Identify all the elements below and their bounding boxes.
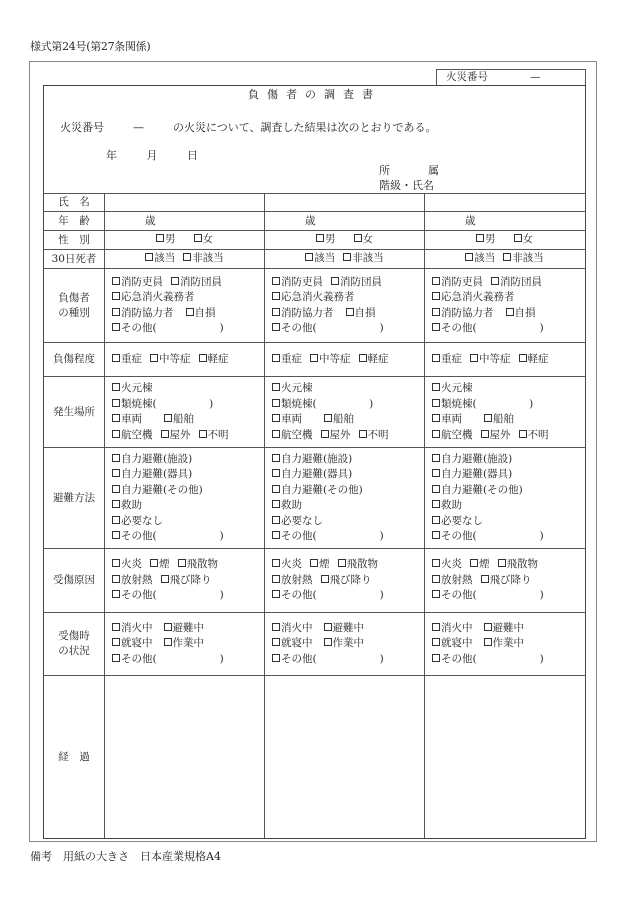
option-line: 救助: [432, 498, 584, 514]
option-label: 消火中: [281, 622, 313, 634]
checkbox-icon[interactable]: [272, 623, 280, 631]
checkbox-applicable[interactable]: 該当: [305, 251, 335, 267]
checkbox-icon[interactable]: [432, 485, 440, 493]
checkbox-situation-option[interactable]: その他( ): [432, 652, 544, 668]
checkbox-evacuation-option[interactable]: 必要なし: [112, 514, 163, 530]
checkbox-icon[interactable]: [331, 277, 339, 285]
checkbox-icon[interactable]: [178, 559, 186, 567]
checkbox-evacuation-option[interactable]: その他( ): [272, 529, 384, 545]
checkbox-icon[interactable]: [112, 500, 120, 508]
checkbox-icon[interactable]: [432, 414, 440, 422]
option-label: 該当: [474, 252, 495, 264]
checkbox-male[interactable]: 男: [476, 232, 496, 248]
checkbox-injured_type-option[interactable]: 自損: [506, 306, 536, 322]
checkbox-location-option[interactable]: 船舶: [164, 412, 194, 428]
checkbox-icon[interactable]: [514, 234, 522, 242]
checkbox-not-applicable[interactable]: 非該当: [503, 251, 544, 267]
checkbox-injured_type-option[interactable]: 消防吏員: [432, 275, 483, 291]
cell-cause-2: 火炎煙飛散物放射熱飛び降りその他( ): [425, 549, 584, 612]
checkbox-evacuation-option[interactable]: 必要なし: [272, 514, 323, 530]
option-line: 消火中避難中: [272, 621, 424, 637]
checkbox-severity[interactable]: 重症: [112, 352, 142, 368]
checkbox-icon[interactable]: [199, 354, 207, 362]
option-line: 放射熱飛び降り: [432, 573, 584, 589]
checkbox-cause-option[interactable]: 煙: [470, 557, 490, 573]
checkbox-situation-option[interactable]: 避難中: [164, 621, 205, 637]
checkbox-icon[interactable]: [432, 531, 440, 539]
checkbox-icon[interactable]: [432, 623, 440, 631]
checkbox-icon[interactable]: [321, 575, 329, 583]
checkbox-severity[interactable]: 重症: [432, 352, 462, 368]
checkbox-evacuation-option[interactable]: 自力避難(その他): [272, 483, 363, 499]
option-label: 女: [363, 233, 374, 245]
checkbox-icon[interactable]: [432, 277, 440, 285]
checkbox-icon[interactable]: [481, 430, 489, 438]
option-label: 女: [203, 233, 214, 245]
checkbox-icon[interactable]: [150, 559, 158, 567]
checkbox-icon[interactable]: [324, 623, 332, 631]
checkbox-icon[interactable]: [432, 469, 440, 477]
checkbox-evacuation-option[interactable]: 自力避難(その他): [112, 483, 203, 499]
checkbox-icon[interactable]: [272, 500, 280, 508]
name-input-2[interactable]: [425, 194, 584, 211]
checkbox-icon[interactable]: [310, 559, 318, 567]
checkbox-icon[interactable]: [481, 575, 489, 583]
checkbox-location-option[interactable]: 船舶: [484, 412, 514, 428]
checkbox-injured_type-option[interactable]: 消防団員: [491, 275, 542, 291]
checkbox-female[interactable]: 女: [354, 232, 374, 248]
checkbox-icon[interactable]: [112, 383, 120, 391]
checkbox-location-option[interactable]: 航空機: [112, 428, 153, 444]
option-label: 該当: [154, 252, 175, 264]
option-label: 自力避難(器具): [121, 468, 192, 480]
checkbox-situation-option[interactable]: 就寝中: [112, 636, 153, 652]
checkbox-male[interactable]: 男: [156, 232, 176, 248]
checkbox-evacuation-option[interactable]: 自力避難(器具): [432, 467, 512, 483]
checkbox-location-option[interactable]: 航空機: [272, 428, 313, 444]
option-line: 消防吏員消防団員: [112, 275, 264, 291]
checkbox-situation-option[interactable]: 避難中: [484, 621, 525, 637]
checkbox-evacuation-option[interactable]: 自力避難(施設): [432, 452, 512, 468]
option-line: 火炎煙飛散物: [112, 557, 264, 573]
checkbox-icon[interactable]: [484, 638, 492, 646]
checkbox-icon[interactable]: [112, 469, 120, 477]
checkbox-icon[interactable]: [272, 575, 280, 583]
age-input-2[interactable]: 歳: [425, 212, 584, 230]
checkbox-applicable[interactable]: 該当: [145, 251, 175, 267]
checkbox-injured_type-option[interactable]: 消防協力者: [272, 306, 334, 322]
option-label: 火炎: [121, 558, 142, 570]
checkbox-icon[interactable]: [346, 308, 354, 316]
checkbox-location-option[interactable]: 類焼棟( ): [432, 397, 533, 413]
checkbox-male[interactable]: 男: [316, 232, 336, 248]
checkbox-icon[interactable]: [272, 354, 280, 362]
checkbox-icon[interactable]: [112, 623, 120, 631]
checkbox-icon[interactable]: [432, 590, 440, 598]
progress-textarea-0[interactable]: [105, 676, 264, 838]
checkbox-icon[interactable]: [316, 234, 324, 242]
checkbox-icon[interactable]: [476, 234, 484, 242]
cell-cause-1: 火炎煙飛散物放射熱飛び降りその他( ): [265, 549, 424, 612]
checkbox-icon[interactable]: [161, 575, 169, 583]
checkbox-location-option[interactable]: 航空機: [432, 428, 473, 444]
checkbox-icon[interactable]: [272, 454, 280, 462]
checkbox-icon[interactable]: [272, 383, 280, 391]
checkbox-icon[interactable]: [359, 354, 367, 362]
checkbox-evacuation-option[interactable]: その他( ): [112, 529, 224, 545]
option-label: 中等症: [479, 353, 511, 365]
checkbox-icon[interactable]: [156, 234, 164, 242]
checkbox-injured_type-option[interactable]: 消防協力者: [112, 306, 174, 322]
checkbox-evacuation-option[interactable]: 救助: [432, 498, 462, 514]
option-label: その他( ): [121, 589, 224, 601]
checkbox-cause-option[interactable]: 火炎: [272, 557, 302, 573]
checkbox-cause-option[interactable]: その他( ): [432, 588, 544, 604]
checkbox-location-option[interactable]: 不明: [519, 428, 549, 444]
checkbox-location-option[interactable]: 不明: [359, 428, 389, 444]
checkbox-icon[interactable]: [432, 383, 440, 391]
checkbox-icon[interactable]: [272, 485, 280, 493]
checkbox-icon[interactable]: [272, 469, 280, 477]
checkbox-situation-option[interactable]: 消火中: [112, 621, 153, 637]
name-input-1[interactable]: [265, 194, 424, 211]
checkbox-icon[interactable]: [432, 308, 440, 316]
checkbox-icon[interactable]: [343, 253, 351, 261]
checkbox-cause-option[interactable]: 飛散物: [338, 557, 379, 573]
option-label: 消防協力者: [281, 307, 334, 319]
checkbox-icon[interactable]: [112, 308, 120, 316]
checkbox-not-applicable[interactable]: 非該当: [183, 251, 224, 267]
checkbox-icon[interactable]: [432, 638, 440, 646]
option-label: 消防協力者: [441, 307, 494, 319]
checkbox-injured_type-option[interactable]: 消防団員: [331, 275, 382, 291]
checkbox-female[interactable]: 女: [194, 232, 214, 248]
checkbox-injured_type-option[interactable]: 消防吏員: [112, 275, 163, 291]
checkbox-icon[interactable]: [272, 531, 280, 539]
checkbox-evacuation-option[interactable]: 自力避難(器具): [112, 467, 192, 483]
checkbox-icon[interactable]: [112, 277, 120, 285]
checkbox-icon[interactable]: [491, 277, 499, 285]
checkbox-evacuation-option[interactable]: 必要なし: [432, 514, 483, 530]
name-input-0[interactable]: [105, 194, 264, 211]
cell-situation-1: 消火中避難中就寝中作業中その他( ): [265, 613, 424, 675]
checkbox-icon[interactable]: [506, 308, 514, 316]
option-label: 船舶: [173, 413, 194, 425]
checkbox-icon[interactable]: [272, 399, 280, 407]
checkbox-icon[interactable]: [112, 323, 120, 331]
checkbox-icon[interactable]: [112, 654, 120, 662]
checkbox-injured_type-option[interactable]: 応急消火義務者: [112, 290, 195, 306]
checkbox-situation-option[interactable]: その他( ): [272, 652, 384, 668]
checkbox-icon[interactable]: [272, 292, 280, 300]
checkbox-cause-option[interactable]: 飛び降り: [481, 573, 532, 589]
label-progress: 経 過: [44, 676, 104, 838]
checkbox-situation-option[interactable]: 作業中: [484, 636, 525, 652]
checkbox-icon[interactable]: [503, 253, 511, 261]
option-label: 火元棟: [281, 382, 313, 394]
checkbox-situation-option[interactable]: 消火中: [272, 621, 313, 637]
option-line: その他( ): [112, 529, 264, 545]
cell-situation-2: 消火中避難中就寝中作業中その他( ): [425, 613, 584, 675]
option-label: 放射熱: [121, 574, 153, 586]
option-label: 応急消火義務者: [281, 291, 355, 303]
checkbox-icon[interactable]: [470, 354, 478, 362]
checkbox-icon[interactable]: [112, 638, 120, 646]
option-label: 不明: [208, 429, 229, 441]
checkbox-evacuation-option[interactable]: 救助: [272, 498, 302, 514]
checkbox-icon[interactable]: [272, 414, 280, 422]
checkbox-icon[interactable]: [272, 559, 280, 567]
checkbox-icon[interactable]: [272, 308, 280, 316]
checkbox-evacuation-option[interactable]: 自力避難(施設): [112, 452, 192, 468]
option-line: 消防協力者自損: [432, 306, 584, 322]
checkbox-icon[interactable]: [498, 559, 506, 567]
checkbox-icon[interactable]: [272, 638, 280, 646]
checkbox-cause-option[interactable]: 放射熱: [432, 573, 473, 589]
option-label: 車両: [441, 413, 462, 425]
checkbox-location-option[interactable]: 屋外: [161, 428, 191, 444]
cell-evacuation-0: 自力避難(施設)自力避難(器具)自力避難(その他)救助必要なしその他( ): [105, 448, 264, 548]
checkbox-severity[interactable]: 重症: [272, 352, 302, 368]
option-label: その他( ): [441, 530, 544, 542]
checkbox-icon[interactable]: [432, 323, 440, 331]
checkbox-situation-option[interactable]: その他( ): [112, 652, 224, 668]
checkbox-icon[interactable]: [324, 414, 332, 422]
checkbox-location-option[interactable]: 車両: [432, 412, 462, 428]
checkbox-icon[interactable]: [112, 575, 120, 583]
option-label: 必要なし: [121, 515, 163, 527]
checkbox-icon[interactable]: [432, 575, 440, 583]
severity-options-1: 重症中等症軽症: [265, 343, 424, 376]
checkbox-location-option[interactable]: 車両: [112, 412, 142, 428]
checkbox-icon[interactable]: [112, 516, 120, 524]
option-line: 火元棟: [112, 381, 264, 397]
option-label: 女: [523, 233, 534, 245]
option-label: 船舶: [333, 413, 354, 425]
option-line: 消火中避難中: [112, 621, 264, 637]
checkbox-icon[interactable]: [432, 354, 440, 362]
checkbox-icon[interactable]: [161, 430, 169, 438]
option-line: 消火中避難中: [432, 621, 584, 637]
checkbox-severity[interactable]: 軽症: [519, 352, 549, 368]
checkbox-injured_type-option[interactable]: 自損: [346, 306, 376, 322]
checkbox-evacuation-option[interactable]: その他( ): [432, 529, 544, 545]
checkbox-icon[interactable]: [465, 253, 473, 261]
checkbox-cause-option[interactable]: 火炎: [112, 557, 142, 573]
cell-location-0: 火元棟類焼棟( )車両船舶航空機屋外不明: [105, 377, 264, 447]
label-injured-type-line1: 負傷者: [58, 291, 90, 306]
checkbox-situation-option[interactable]: 避難中: [324, 621, 365, 637]
checkbox-injured_type-option[interactable]: その他( ): [432, 321, 544, 337]
checkbox-icon[interactable]: [112, 559, 120, 567]
checkbox-cause-option[interactable]: その他( ): [112, 588, 224, 604]
checkbox-injured_type-option[interactable]: その他( ): [112, 321, 224, 337]
sex-options-0: 男女: [105, 231, 264, 249]
option-line: その他( ): [432, 529, 584, 545]
option-label: 重症: [121, 353, 142, 365]
checkbox-icon[interactable]: [432, 516, 440, 524]
checkbox-icon[interactable]: [272, 277, 280, 285]
checkbox-situation-option[interactable]: 消火中: [432, 621, 473, 637]
checkbox-icon[interactable]: [150, 354, 158, 362]
checkbox-evacuation-option[interactable]: 救助: [112, 498, 142, 514]
checkbox-icon[interactable]: [432, 399, 440, 407]
option-line: 自力避難(その他): [432, 483, 584, 499]
option-label: 車両: [281, 413, 302, 425]
checkbox-not-applicable[interactable]: 非該当: [343, 251, 384, 267]
checkbox-icon[interactable]: [164, 414, 172, 422]
checkbox-icon[interactable]: [112, 292, 120, 300]
age-input-1[interactable]: 歳: [265, 212, 424, 230]
checkbox-cause-option[interactable]: その他( ): [272, 588, 384, 604]
option-label: 自損: [195, 307, 216, 319]
checkbox-cause-option[interactable]: 飛び降り: [161, 573, 212, 589]
option-label: その他( ): [281, 653, 384, 665]
checkbox-icon[interactable]: [164, 638, 172, 646]
checkbox-injured_type-option[interactable]: 応急消火義務者: [432, 290, 515, 306]
checkbox-situation-option[interactable]: 作業中: [164, 636, 205, 652]
checkbox-icon[interactable]: [484, 623, 492, 631]
option-label: 煙: [319, 558, 330, 570]
checkbox-location-option[interactable]: 火元棟: [112, 381, 153, 397]
checkbox-icon[interactable]: [432, 654, 440, 662]
checkbox-icon[interactable]: [194, 234, 202, 242]
checkbox-location-option[interactable]: 類焼棟( ): [272, 397, 373, 413]
checkbox-cause-option[interactable]: 飛散物: [498, 557, 539, 573]
checkbox-icon[interactable]: [432, 292, 440, 300]
option-label: 応急消火義務者: [121, 291, 195, 303]
checkbox-cause-option[interactable]: 飛び降り: [321, 573, 372, 589]
option-label: 放射熱: [281, 574, 313, 586]
checkbox-icon[interactable]: [432, 559, 440, 567]
checkbox-severity[interactable]: 軽症: [359, 352, 389, 368]
checkbox-icon[interactable]: [112, 399, 120, 407]
checkbox-icon[interactable]: [432, 430, 440, 438]
checkbox-icon[interactable]: [321, 430, 329, 438]
checkbox-icon[interactable]: [171, 277, 179, 285]
option-label: 救助: [441, 499, 462, 511]
checkbox-injured_type-option[interactable]: 自損: [186, 306, 216, 322]
option-label: 避難中: [493, 622, 525, 634]
checkbox-icon[interactable]: [112, 430, 120, 438]
checkbox-injured_type-option[interactable]: 消防協力者: [432, 306, 494, 322]
checkbox-icon[interactable]: [112, 531, 120, 539]
checkbox-cause-option[interactable]: 煙: [310, 557, 330, 573]
checkbox-icon[interactable]: [112, 485, 120, 493]
option-label: 軽症: [208, 353, 229, 365]
checkbox-situation-option[interactable]: 作業中: [324, 636, 365, 652]
checkbox-icon[interactable]: [519, 354, 527, 362]
checkbox-injured_type-option[interactable]: 応急消火義務者: [272, 290, 355, 306]
checkbox-evacuation-option[interactable]: 自力避難(その他): [432, 483, 523, 499]
checkbox-icon[interactable]: [338, 559, 346, 567]
checkbox-icon[interactable]: [199, 430, 207, 438]
checkbox-cause-option[interactable]: 煙: [150, 557, 170, 573]
checkbox-evacuation-option[interactable]: 自力避難(器具): [272, 467, 352, 483]
checkbox-icon[interactable]: [183, 253, 191, 261]
option-label: その他( ): [281, 589, 384, 601]
checkbox-evacuation-option[interactable]: 自力避難(施設): [272, 452, 352, 468]
intro-sentence: 火災番号 — の火災について、調査した結果は次のとおりである。: [60, 119, 437, 135]
checkbox-icon[interactable]: [432, 454, 440, 462]
checkbox-icon[interactable]: [112, 454, 120, 462]
checkbox-cause-option[interactable]: 放射熱: [112, 573, 153, 589]
checkbox-icon[interactable]: [354, 234, 362, 242]
date-field[interactable]: 年 月 日: [106, 147, 198, 163]
checkbox-location-option[interactable]: 車両: [272, 412, 302, 428]
progress-textarea-2[interactable]: [425, 676, 584, 838]
checkbox-icon[interactable]: [186, 308, 194, 316]
checkbox-icon[interactable]: [112, 590, 120, 598]
checkbox-situation-option[interactable]: 就寝中: [272, 636, 313, 652]
checkbox-icon[interactable]: [519, 430, 527, 438]
checkbox-situation-option[interactable]: 就寝中: [432, 636, 473, 652]
checkbox-icon[interactable]: [272, 323, 280, 331]
checkbox-location-option[interactable]: 屋外: [481, 428, 511, 444]
checkbox-location-option[interactable]: 船舶: [324, 412, 354, 428]
checkbox-injured_type-option[interactable]: 消防吏員: [272, 275, 323, 291]
age-unit: 歳: [305, 215, 316, 227]
option-line: 応急消火義務者: [272, 290, 424, 306]
progress-textarea-1[interactable]: [265, 676, 424, 838]
checkbox-location-option[interactable]: 不明: [199, 428, 229, 444]
option-line: 火元棟: [432, 381, 584, 397]
checkbox-severity[interactable]: 中等症: [470, 352, 511, 368]
checkbox-icon[interactable]: [305, 253, 313, 261]
checkbox-icon[interactable]: [272, 516, 280, 524]
label-situation: 受傷時 の状況: [44, 613, 104, 675]
checkbox-cause-option[interactable]: 放射熱: [272, 573, 313, 589]
checkbox-icon[interactable]: [164, 623, 172, 631]
checkbox-severity[interactable]: 中等症: [310, 352, 351, 368]
checkbox-icon[interactable]: [310, 354, 318, 362]
date-month: 月: [147, 147, 184, 163]
checkbox-icon[interactable]: [470, 559, 478, 567]
checkbox-location-option[interactable]: 屋外: [321, 428, 351, 444]
option-line: 放射熱飛び降り: [272, 573, 424, 589]
checkbox-location-option[interactable]: 火元棟: [272, 381, 313, 397]
label-situation-line1: 受傷時: [58, 629, 90, 644]
checkbox-icon[interactable]: [432, 500, 440, 508]
checkbox-cause-option[interactable]: 飛散物: [178, 557, 219, 573]
checkbox-severity[interactable]: 軽症: [199, 352, 229, 368]
checkbox-applicable[interactable]: 該当: [465, 251, 495, 267]
option-label: その他( ): [121, 530, 224, 542]
affiliation-char-1: 所: [379, 162, 390, 178]
option-line: 自力避難(施設): [272, 452, 424, 468]
checkbox-icon[interactable]: [324, 638, 332, 646]
checkbox-icon[interactable]: [272, 590, 280, 598]
checkbox-icon[interactable]: [272, 430, 280, 438]
checkbox-injured_type-option[interactable]: 消防団員: [171, 275, 222, 291]
age-input-0[interactable]: 歳: [105, 212, 264, 230]
checkbox-location-option[interactable]: 類焼棟( ): [112, 397, 213, 413]
checkbox-icon[interactable]: [112, 354, 120, 362]
checkbox-icon[interactable]: [145, 253, 153, 261]
checkbox-location-option[interactable]: 火元棟: [432, 381, 473, 397]
checkbox-injured_type-option[interactable]: その他( ): [272, 321, 384, 337]
checkbox-female[interactable]: 女: [514, 232, 534, 248]
option-label: 自力避難(その他): [281, 484, 363, 496]
checkbox-icon[interactable]: [484, 414, 492, 422]
option-label: 必要なし: [441, 515, 483, 527]
checkbox-icon[interactable]: [112, 414, 120, 422]
option-label: 軽症: [368, 353, 389, 365]
checkbox-icon[interactable]: [272, 654, 280, 662]
checkbox-icon[interactable]: [359, 430, 367, 438]
checkbox-severity[interactable]: 中等症: [150, 352, 191, 368]
checkbox-cause-option[interactable]: 火炎: [432, 557, 462, 573]
